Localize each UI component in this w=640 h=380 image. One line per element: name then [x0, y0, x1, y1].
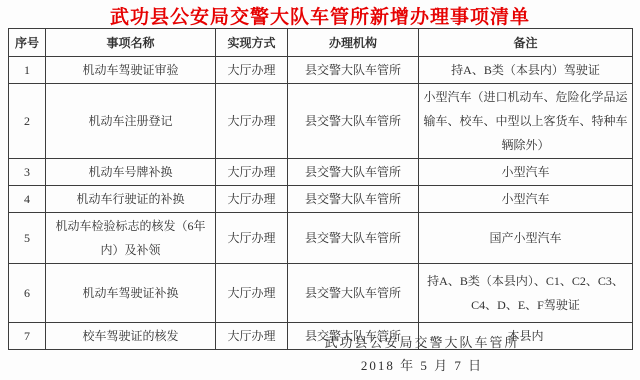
method-cell: 大厅办理	[216, 57, 288, 84]
header-item-name: 事项名称	[46, 29, 216, 57]
method-cell: 大厅办理	[216, 186, 288, 213]
footer-date: 2018 年 5 月 7 日	[272, 355, 572, 377]
item-name-cell: 校车驾驶证的核发	[46, 323, 216, 350]
org-cell: 县交警大队车管所	[288, 264, 419, 323]
items-table: 序号 事项名称 实现方式 办理机构 备注 1 机动车驾驶证审验 大厅办理 县交警…	[8, 28, 633, 350]
item-name-cell: 机动车注册登记	[46, 84, 216, 159]
org-cell: 县交警大队车管所	[288, 84, 419, 159]
note-cell: 小型汽车（进口机动车、危险化学品运输车、校车、中型以上客货车、特种车辆除外）	[419, 84, 633, 159]
item-name-cell: 机动车驾驶证审验	[46, 57, 216, 84]
header-method: 实现方式	[216, 29, 288, 57]
table-row: 2 机动车注册登记 大厅办理 县交警大队车管所 小型汽车（进口机动车、危险化学品…	[9, 84, 633, 159]
table-header-row: 序号 事项名称 实现方式 办理机构 备注	[9, 29, 633, 57]
table-row: 1 机动车驾驶证审验 大厅办理 县交警大队车管所 持A、B类（本县内）驾驶证	[9, 57, 633, 84]
item-name-cell: 机动车检验标志的核发（6年内）及补领	[46, 213, 216, 264]
page-title: 武功县公安局交警大队车管所新增办理事项清单	[0, 2, 640, 29]
method-cell: 大厅办理	[216, 159, 288, 186]
method-cell: 大厅办理	[216, 213, 288, 264]
note-cell: 持A、B类（本县内）、C1、C2、C3、C4、D、E、F驾驶证	[419, 264, 633, 323]
item-name-cell: 机动车号牌补换	[46, 159, 216, 186]
org-cell: 县交警大队车管所	[288, 186, 419, 213]
header-note: 备注	[419, 29, 633, 57]
seq-cell: 2	[9, 84, 46, 159]
note-cell: 小型汽车	[419, 159, 633, 186]
method-cell: 大厅办理	[216, 84, 288, 159]
method-cell: 大厅办理	[216, 264, 288, 323]
header-org: 办理机构	[288, 29, 419, 57]
table-row: 6 机动车驾驶证补换 大厅办理 县交警大队车管所 持A、B类（本县内）、C1、C…	[9, 264, 633, 323]
seq-cell: 1	[9, 57, 46, 84]
note-cell: 小型汽车	[419, 186, 633, 213]
document-page: 武功县公安局交警大队车管所新增办理事项清单 序号 事项名称 实现方式 办理机构 …	[0, 0, 640, 380]
footer-block: 武功县公安局交警大队车管所 2018 年 5 月 7 日	[272, 332, 572, 377]
seq-cell: 3	[9, 159, 46, 186]
seq-cell: 4	[9, 186, 46, 213]
item-name-cell: 机动车驾驶证补换	[46, 264, 216, 323]
table-row: 5 机动车检验标志的核发（6年内）及补领 大厅办理 县交警大队车管所 国产小型汽…	[9, 213, 633, 264]
table-row: 3 机动车号牌补换 大厅办理 县交警大队车管所 小型汽车	[9, 159, 633, 186]
seq-cell: 6	[9, 264, 46, 323]
seq-cell: 7	[9, 323, 46, 350]
table-row: 4 机动车行驶证的补换 大厅办理 县交警大队车管所 小型汽车	[9, 186, 633, 213]
org-cell: 县交警大队车管所	[288, 57, 419, 84]
org-cell: 县交警大队车管所	[288, 213, 419, 264]
seq-cell: 5	[9, 213, 46, 264]
note-cell: 国产小型汽车	[419, 213, 633, 264]
org-cell: 县交警大队车管所	[288, 159, 419, 186]
item-name-cell: 机动车行驶证的补换	[46, 186, 216, 213]
note-cell: 持A、B类（本县内）驾驶证	[419, 57, 633, 84]
footer-signature: 武功县公安局交警大队车管所	[272, 332, 572, 354]
header-seq: 序号	[9, 29, 46, 57]
